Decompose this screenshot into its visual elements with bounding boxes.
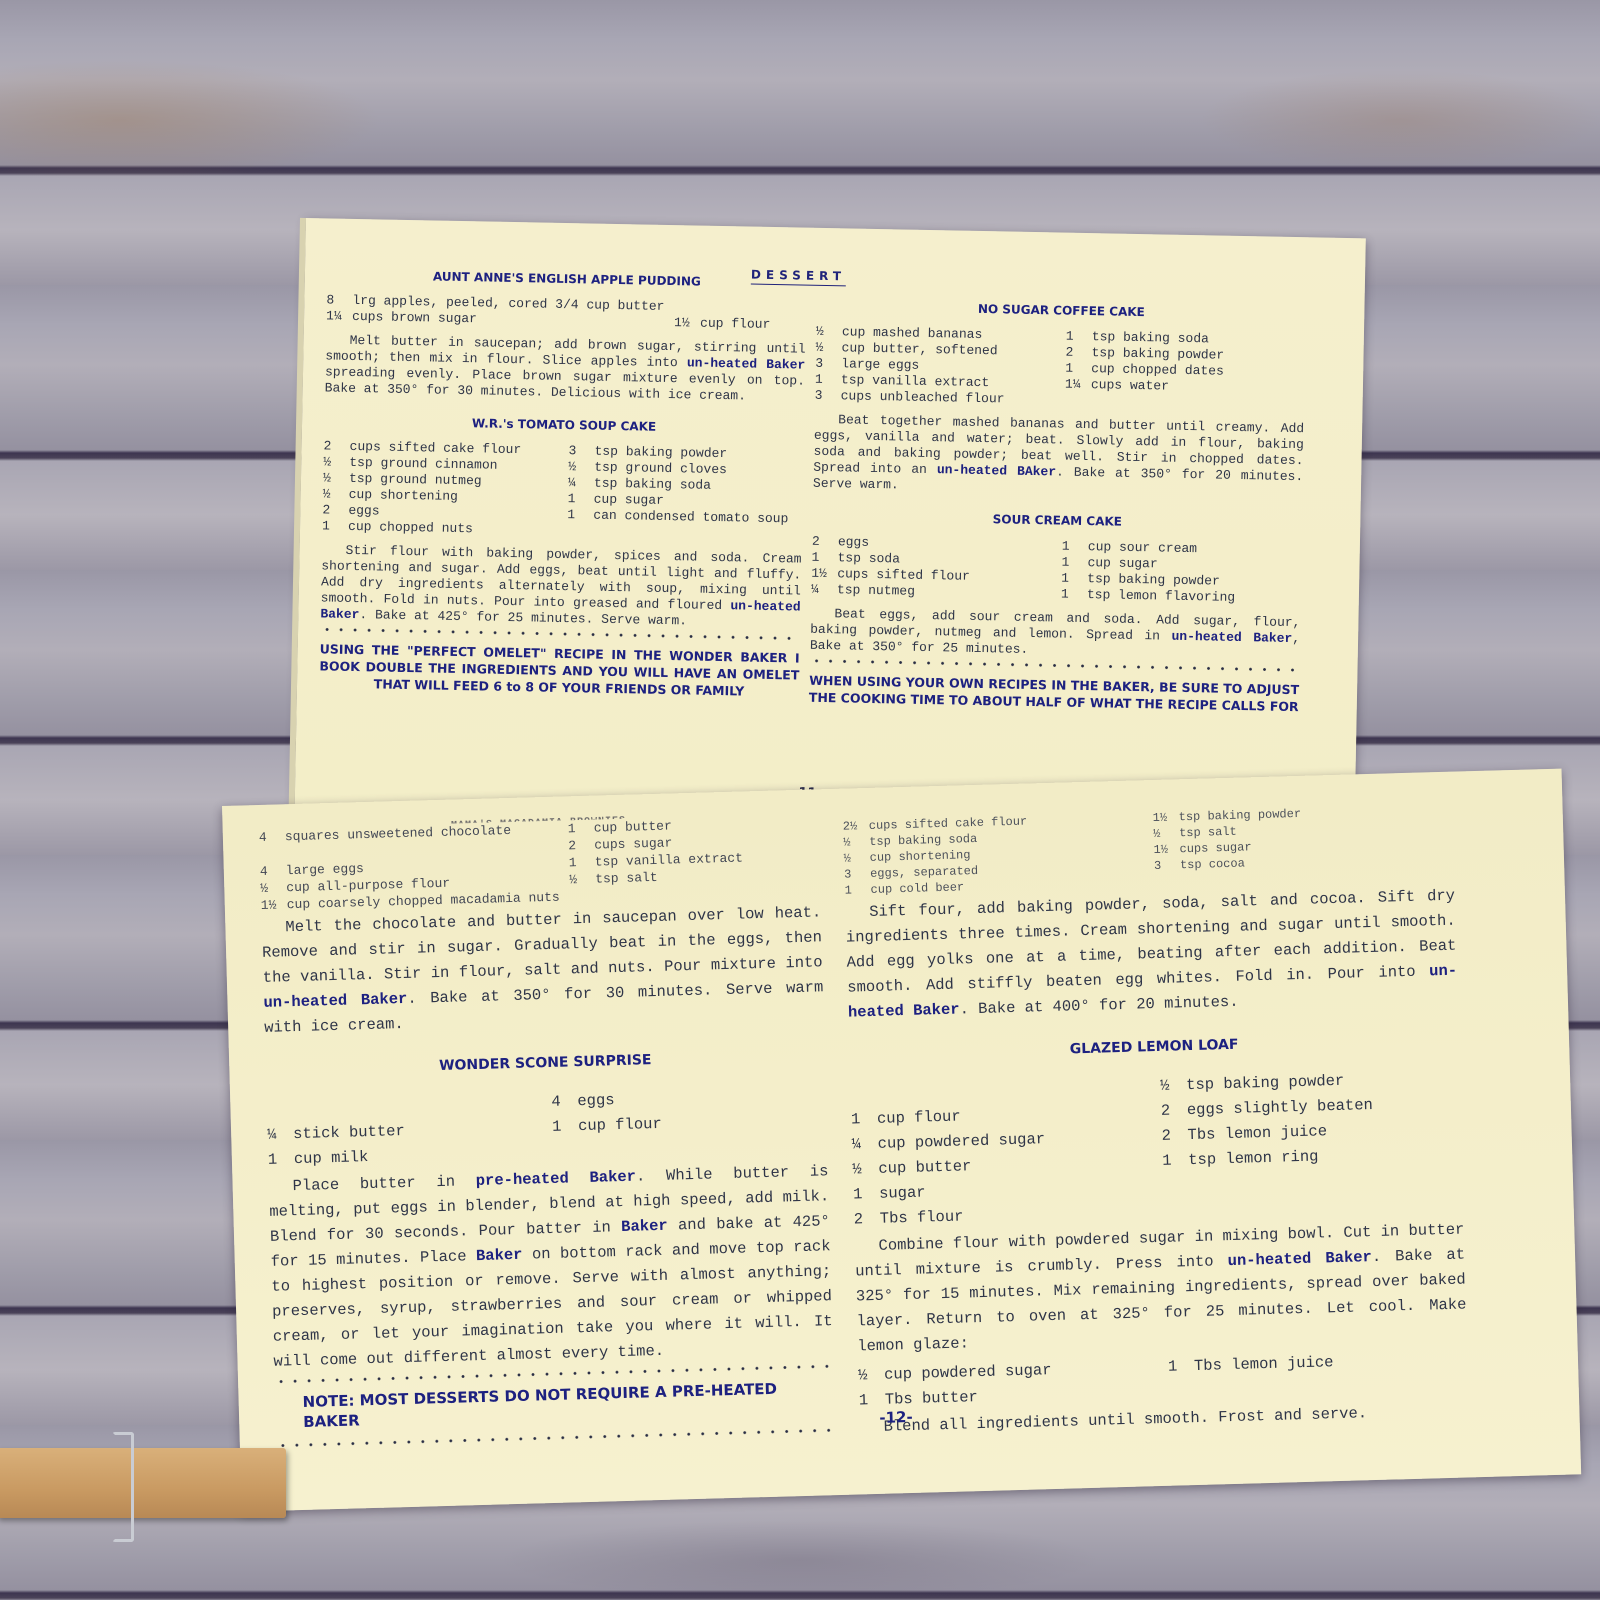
ingredient-list: 4eggs¼stick butter1cup flour1cup milk bbox=[266, 1082, 828, 1173]
ingredient-quantity: 1 bbox=[1168, 1354, 1187, 1379]
page-11-left-column: AUNT ANNE'S ENGLISH APPLE PUDDING 8lrg a… bbox=[319, 266, 807, 700]
booklet-spine-edge bbox=[289, 218, 306, 816]
tip-note: WHEN USING YOUR OWN RECIPES IN THE BAKER… bbox=[809, 672, 1300, 715]
recipe-instructions: Melt the chocolate and butter in saucepa… bbox=[261, 900, 824, 1041]
recipe-instructions: Place butter in pre-heated Baker. While … bbox=[268, 1159, 833, 1375]
ingredient-name: eggs bbox=[838, 534, 870, 551]
ingredient-name: cup cold beer bbox=[870, 879, 964, 898]
ingredient-quantity: ½ bbox=[1153, 826, 1171, 842]
ingredient-quantity: 1 bbox=[1066, 329, 1084, 345]
ingredient-quantity: 3 bbox=[844, 866, 862, 882]
ingredient-quantity: 1 bbox=[844, 882, 862, 898]
ingredient-quantity bbox=[674, 299, 692, 315]
ingredient-name: cup flour bbox=[700, 316, 771, 333]
ingredient-name: cup flour bbox=[578, 1112, 662, 1139]
ingredient-quantity: 1 bbox=[1162, 1148, 1181, 1173]
ingredient-name: tsp cocoa bbox=[1180, 855, 1245, 873]
ingredient-name: cup sugar bbox=[593, 492, 664, 509]
ingredient-quantity: 2 bbox=[322, 502, 340, 518]
ingredient-quantity: 1 bbox=[1065, 361, 1083, 377]
recipe-title: GLAZED LEMON LOAF bbox=[849, 1027, 1459, 1069]
baker-highlight: Baker bbox=[476, 1246, 523, 1265]
ingredient-quantity: 1 bbox=[568, 820, 586, 837]
ingredient-quantity: 2 bbox=[323, 438, 341, 454]
ingredient-quantity: ½ bbox=[852, 1157, 871, 1182]
ingredient-name: Tbs lemon juice bbox=[1194, 1350, 1334, 1379]
ingredient-name bbox=[1189, 1173, 1190, 1198]
recipe-instructions: Stir flour with baking powder, spices an… bbox=[320, 542, 801, 631]
ingredient-list: 2eggs1cup sour cream1tsp soda1cup sugar1… bbox=[811, 534, 1302, 607]
ingredient-quantity: 2 bbox=[1065, 345, 1083, 361]
ingredient-name: tsp nutmeg bbox=[837, 582, 915, 599]
ingredient-name: sugar bbox=[879, 1181, 926, 1207]
ingredient-quantity bbox=[569, 888, 587, 905]
recipe-instructions: Beat eggs, add sour cream and soda. Add … bbox=[810, 606, 1301, 663]
ingredient-quantity: 1 bbox=[815, 372, 833, 388]
clothespin bbox=[0, 1448, 286, 1518]
ingredient-quantity: 1 bbox=[853, 1182, 872, 1207]
baker-highlight: un-heated Baker bbox=[1171, 629, 1292, 646]
ingredient-item bbox=[567, 523, 802, 544]
ingredient-list: 4squares unsweetened chocolate1cup butte… bbox=[259, 813, 821, 914]
recipe-instructions: Combine flour with powdered sugar in mix… bbox=[854, 1217, 1467, 1359]
page-11: DESSERT AUNT ANNE'S ENGLISH APPLE PUDDIN… bbox=[295, 218, 1366, 836]
ingredient-quantity: 1 bbox=[567, 491, 585, 507]
ingredient-quantity: 1½ bbox=[1153, 842, 1171, 858]
ingredient-name: eggs bbox=[577, 1088, 615, 1114]
page-12: MAMA'S MACADAMIA BROWNIES 4squares unswe… bbox=[222, 769, 1581, 1512]
ingredient-name: eggs bbox=[348, 503, 380, 520]
ingredient-quantity: 1½ bbox=[674, 315, 692, 331]
baker-highlight: Baker bbox=[621, 1217, 668, 1236]
ingredient-quantity: 8 bbox=[326, 292, 344, 308]
ingredient-quantity: ½ bbox=[569, 871, 587, 888]
baker-highlight: un-heated Baker bbox=[1227, 1248, 1372, 1270]
ingredient-name bbox=[876, 1082, 877, 1107]
ingredient-quantity: ½ bbox=[843, 834, 861, 850]
ingredient-quantity: 1 bbox=[322, 518, 340, 534]
ingredient-name: tsp salt bbox=[1179, 824, 1237, 842]
ingredient-quantity bbox=[266, 1097, 285, 1122]
ingredient-quantity: 1½ bbox=[261, 896, 279, 913]
ingredient-name: large eggs bbox=[841, 356, 919, 373]
ingredient-quantity: ½ bbox=[1160, 1073, 1179, 1098]
ingredient-quantity: ½ bbox=[323, 454, 341, 470]
ingredient-quantity: ½ bbox=[323, 470, 341, 486]
ingredient-list: ½tsp baking powder1cup flour2eggs slight… bbox=[850, 1066, 1464, 1233]
ingredient-quantity: 2 bbox=[1161, 1098, 1180, 1123]
recipe-instructions: Beat together mashed bananas and butter … bbox=[813, 412, 1304, 501]
ingredient-name: cups unbleached flour bbox=[841, 388, 1005, 407]
ingredient-quantity bbox=[567, 523, 585, 539]
page-number: -12- bbox=[879, 1405, 913, 1431]
ingredient-name: cup flour bbox=[877, 1105, 961, 1132]
ingredient-quantity: 1 bbox=[1061, 587, 1079, 603]
ingredient-quantity: 1½ bbox=[811, 566, 829, 582]
baker-highlight: pre-heated Baker bbox=[476, 1168, 637, 1190]
ingredient-quantity: 1 bbox=[1062, 539, 1080, 555]
ingredient-quantity: 1 bbox=[1061, 555, 1079, 571]
ingredient-quantity: 1 bbox=[1061, 571, 1079, 587]
ingredient-name bbox=[292, 1097, 293, 1122]
ingredient-name: tsp lemon flavoring bbox=[1087, 587, 1236, 606]
ingredient-quantity: 3 bbox=[815, 388, 833, 404]
ingredient-name: tsp soda bbox=[837, 550, 900, 567]
ingredient-name: cup chopped nuts bbox=[348, 519, 473, 537]
ingredient-name: stick butter bbox=[293, 1119, 405, 1147]
ingredient-item bbox=[1064, 393, 1304, 414]
recipe-title: W.R.'s TOMATO SOUP CAKE bbox=[324, 412, 804, 437]
ingredient-quantity bbox=[1154, 873, 1172, 889]
page-12-left-column: MAMA'S MACADAMIA BROWNIES 4squares unswe… bbox=[258, 803, 836, 1456]
ingredient-quantity: 1¼ bbox=[1065, 377, 1083, 393]
ingredient-name: cup butter bbox=[594, 817, 672, 836]
ingredient-quantity: ½ bbox=[815, 340, 833, 356]
ingredient-quantity: 3 bbox=[568, 443, 586, 459]
clothespin-spring bbox=[112, 1432, 134, 1542]
ingredient-item: 1½cup flour bbox=[674, 315, 806, 334]
ingredient-name: cup sugar bbox=[1087, 555, 1158, 572]
ingredient-quantity: 4 bbox=[259, 828, 277, 845]
ingredient-quantity: 3 bbox=[815, 356, 833, 372]
ingredient-quantity bbox=[1168, 1379, 1187, 1404]
page-11-right-column: NO SUGAR COFFEE CAKE ½cup mashed bananas… bbox=[809, 298, 1307, 715]
ingredient-name: cups brown sugar bbox=[352, 309, 477, 327]
recipe-title: NO SUGAR COFFEE CAKE bbox=[816, 298, 1306, 323]
ingredient-item: 3cups unbleached flour bbox=[815, 388, 1055, 409]
ingredient-quantity: 1 bbox=[851, 1107, 870, 1132]
ingredient-quantity: 1 bbox=[811, 550, 829, 566]
ingredient-quantity: 1½ bbox=[1152, 810, 1170, 826]
ingredient-quantity: ¼ bbox=[811, 582, 829, 598]
ingredient-quantity: 2 bbox=[1161, 1123, 1180, 1148]
ingredient-quantity bbox=[259, 845, 277, 862]
ingredient-item: ¼tsp nutmeg bbox=[811, 582, 1051, 603]
ingredient-quantity: ¼ bbox=[851, 1132, 870, 1157]
baker-highlight: un-heated Baker bbox=[263, 990, 407, 1012]
page-12-right-column: 2½cups sifted cake flour1½tsp baking pow… bbox=[843, 802, 1471, 1459]
ingredient-quantity: ¼ bbox=[267, 1122, 286, 1147]
ingredient-name: Tbs flour bbox=[879, 1204, 963, 1231]
ingredient-list: 2½cups sifted cake flour1½tsp baking pow… bbox=[843, 802, 1455, 899]
ingredient-quantity: ½ bbox=[816, 324, 834, 340]
ingredient-item: 1cup chopped nuts bbox=[322, 518, 557, 539]
ingredient-quantity: 1 bbox=[567, 507, 585, 523]
ingredient-item: 1tsp lemon flavoring bbox=[1061, 587, 1301, 608]
ingredient-quantity bbox=[1163, 1173, 1182, 1198]
ingredient-quantity: ½ bbox=[568, 459, 586, 475]
ingredient-name: cup butter bbox=[878, 1154, 972, 1182]
ingredient-name: tsp lemon ring bbox=[1188, 1145, 1319, 1174]
ingredient-name: cups water bbox=[1091, 377, 1169, 394]
ingredient-name bbox=[1189, 1198, 1190, 1223]
tip-note: NOTE: MOST DESSERTS DO NOT REQUIRE A PRE… bbox=[274, 1377, 835, 1433]
ingredient-name: cup milk bbox=[294, 1145, 369, 1172]
recipe-title: WONDER SCONE SURPRISE bbox=[265, 1043, 825, 1084]
ingredient-quantity: 1 bbox=[859, 1388, 878, 1413]
baker-highlight: un-heated BAker bbox=[937, 462, 1056, 479]
ingredient-quantity bbox=[850, 1082, 869, 1107]
ingredient-quantity bbox=[552, 1139, 571, 1164]
ingredient-name: tsp salt bbox=[595, 869, 658, 888]
ingredient-quantity: 4 bbox=[260, 862, 278, 879]
ingredient-name: large eggs bbox=[286, 860, 364, 879]
ingredient-quantity: ½ bbox=[323, 486, 341, 502]
ingredient-name bbox=[578, 1139, 579, 1164]
ingredient-name bbox=[1194, 1379, 1195, 1404]
ingredient-quantity: ½ bbox=[260, 879, 278, 896]
recipe-title: SOUR CREAM CAKE bbox=[812, 508, 1302, 533]
ingredient-quantity: 2 bbox=[568, 837, 586, 854]
ingredient-quantity: 1 bbox=[569, 854, 587, 871]
ingredient-quantity bbox=[1163, 1198, 1182, 1223]
recipe-title: AUNT ANNE'S ENGLISH APPLE PUDDING bbox=[327, 266, 807, 291]
ingredient-list: ½cup mashed bananas1tsp baking soda½cup … bbox=[815, 324, 1306, 413]
ingredient-quantity: 1 bbox=[268, 1147, 287, 1172]
ingredient-quantity: 1¼ bbox=[326, 308, 344, 324]
ingredient-quantity: 3 bbox=[1154, 857, 1172, 873]
ingredient-quantity: ½ bbox=[843, 850, 861, 866]
tip-note: USING THE "PERFECT OMELET" RECIPE IN THE… bbox=[319, 640, 800, 700]
recipe-instructions: Melt butter in saucepan; add brown sugar… bbox=[325, 332, 806, 405]
ingredient-quantity: 2½ bbox=[843, 818, 861, 834]
ingredient-list: 8lrg apples, peeled, cored 3/4 cup butte… bbox=[326, 292, 807, 333]
ingredient-quantity bbox=[1064, 393, 1082, 409]
ingredient-quantity: 4 bbox=[551, 1089, 570, 1114]
ingredient-quantity: 2 bbox=[853, 1207, 872, 1232]
baker-highlight: un-heated Baker bbox=[687, 355, 806, 372]
ingredient-name: cups sugar bbox=[594, 834, 672, 853]
ingredient-quantity: 2 bbox=[812, 534, 830, 550]
ingredient-list: 2cups sifted cake flour3tsp baking powde… bbox=[322, 438, 804, 543]
ingredient-quantity: ¼ bbox=[568, 475, 586, 491]
ingredient-quantity: 1 bbox=[552, 1114, 571, 1139]
ingredient-quantity: ½ bbox=[858, 1363, 877, 1388]
recipe-instructions: Sift four, add baking powder, soda, salt… bbox=[845, 884, 1458, 1026]
